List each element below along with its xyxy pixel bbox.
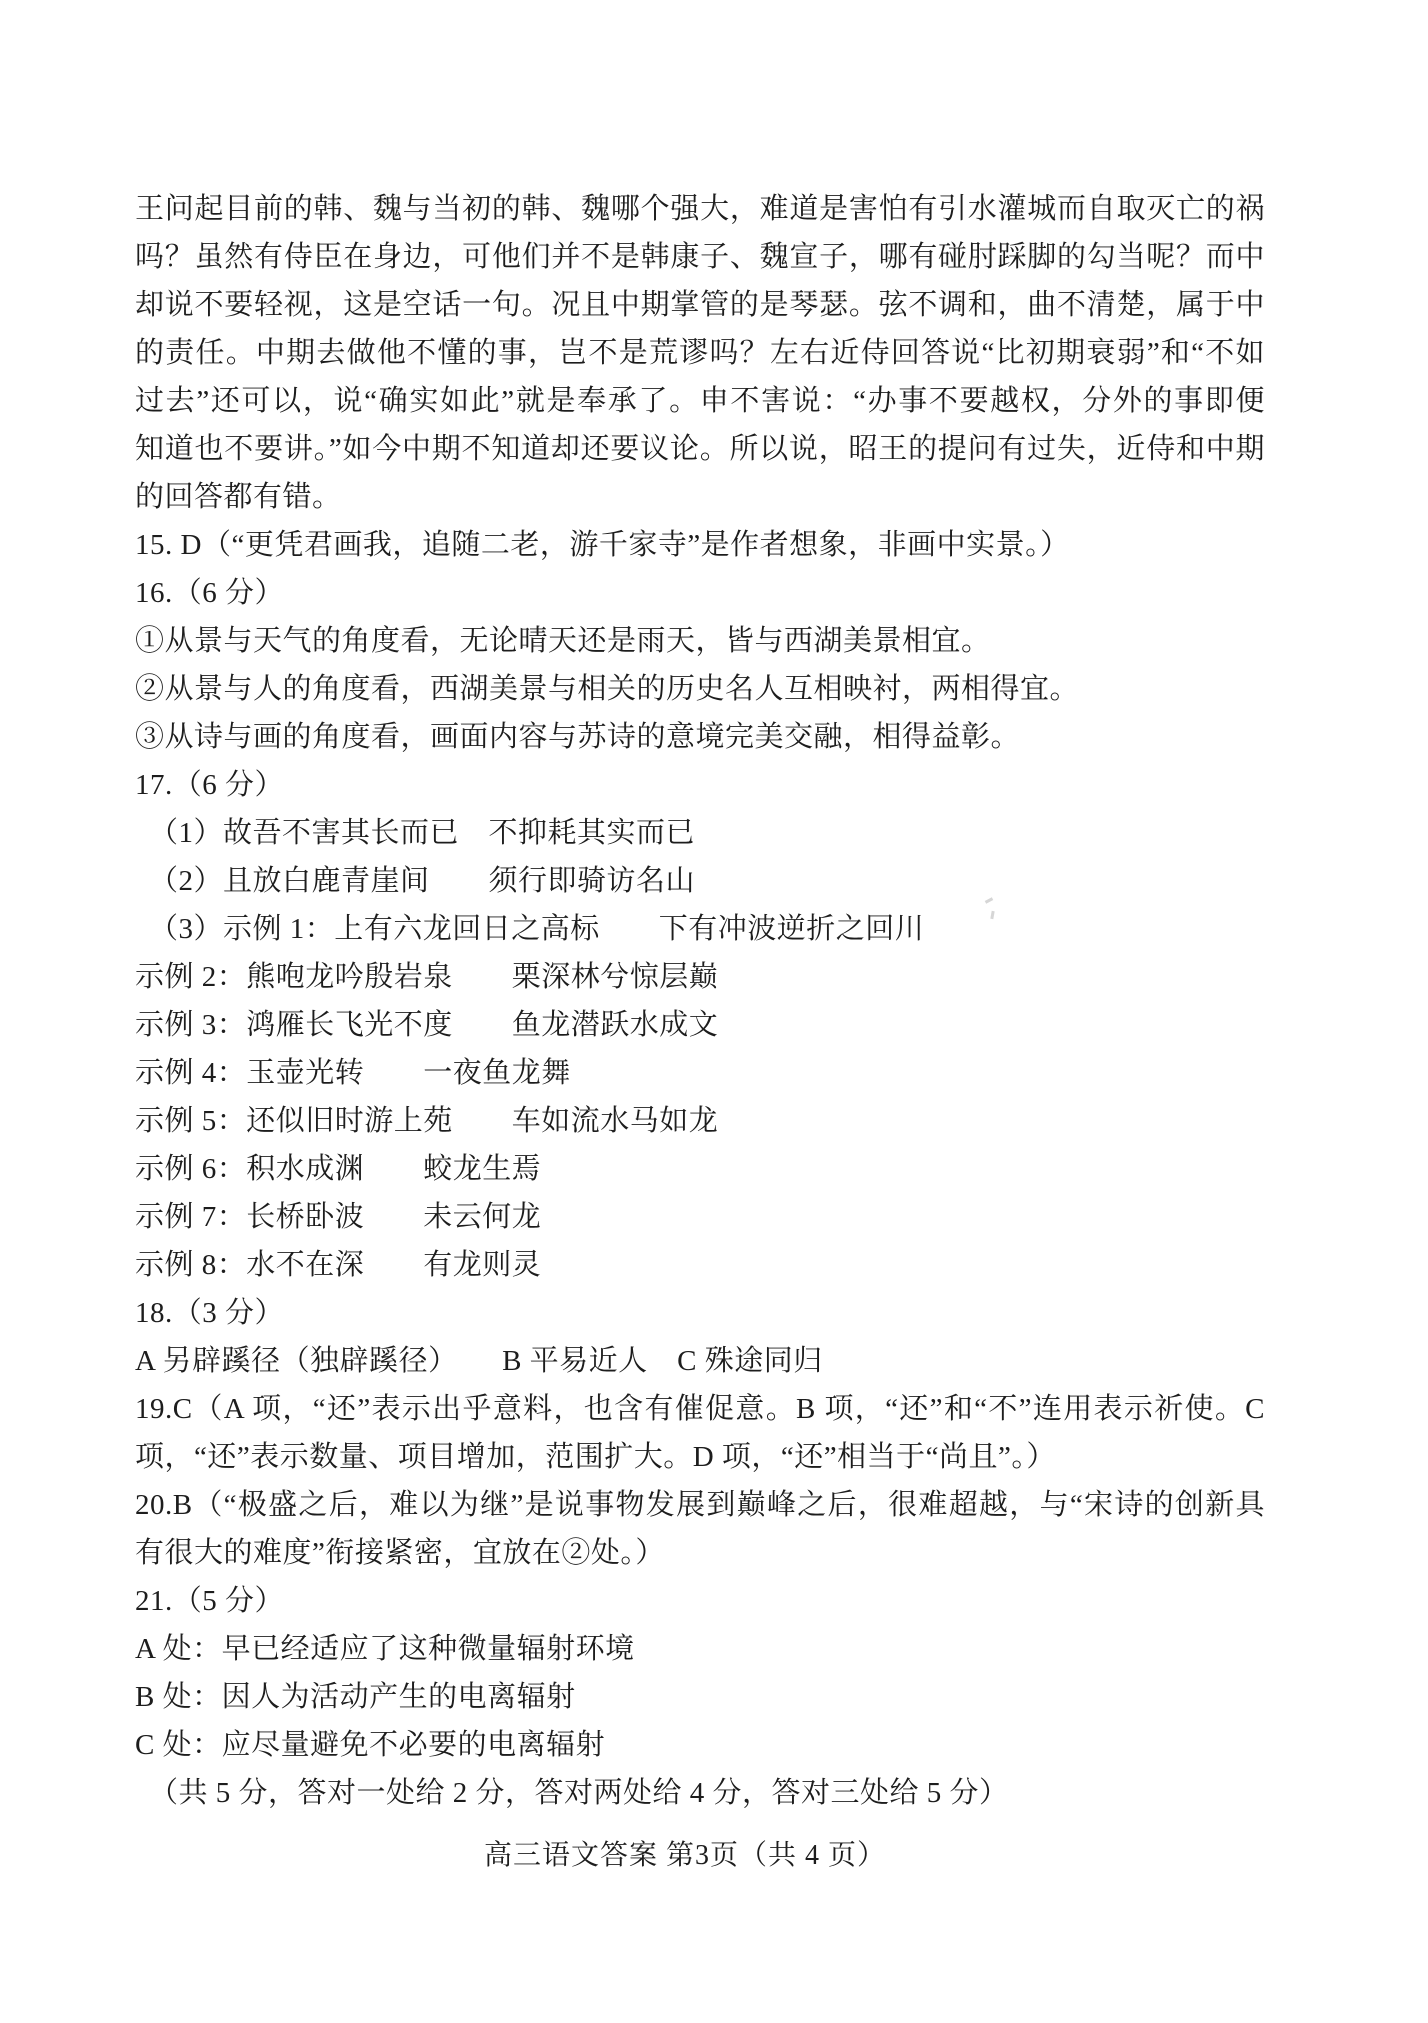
answer-q17-example: 示例 3：鸿雁长飞光不度 鱼龙潜跃水成文 <box>135 1001 1265 1049</box>
page-footer: 高三语文答案 第3页（共 4 页） <box>0 1836 1428 1876</box>
answer-q17-item: （1）故吾不害其长而已 不抑耗其实而已 <box>135 809 1265 857</box>
answer-q19-line: 项，“还”表示数量、项目增加，范围扩大。D 项，“还”相当于“尚且”。） <box>135 1433 1265 1481</box>
answer-q17-example: 示例 2：熊咆龙吟殷岩泉 栗深林兮惊层巅 <box>135 953 1265 1001</box>
answer-q19-line: 19.C（A 项，“还”表示出乎意料，也含有催促意。B 项，“还”和“不”连用表… <box>135 1385 1265 1433</box>
answer-q15: 15. D（“更凭君画我，追随二老，游千家寺”是作者想象，非画中实景。） <box>135 521 1265 569</box>
translation-paragraph-line: 却说不要轻视，这是空话一句。况且中期掌管的是琴瑟。弦不调和，曲不清楚，属于中期 <box>135 281 1265 329</box>
answer-q17-example: 示例 8：水不在深 有龙则灵 <box>135 1241 1265 1289</box>
answer-q21-header: 21.（5 分） <box>135 1577 1265 1625</box>
scan-smudge-mark <box>983 897 999 925</box>
answer-q17-example: 示例 7：长桥卧波 未云何龙 <box>135 1193 1265 1241</box>
scanned-answer-page: 王问起目前的韩、魏与当初的韩、魏哪个强大，难道是害怕有引水灌城而自取灭亡的祸患 … <box>0 0 1428 2023</box>
answer-q17-example: 示例 6：积水成渊 蛟龙生焉 <box>135 1145 1265 1193</box>
translation-paragraph-line: 过去”还可以，说“确实如此”就是奉承了。申不害说：“办事不要越权，分外的事即便 <box>135 377 1265 425</box>
answer-q21-blank: A 处：早已经适应了这种微量辐射环境 <box>135 1625 1265 1673</box>
translation-paragraph-line: 吗？虽然有侍臣在身边，可他们并不是韩康子、魏宣子，哪有碰肘踩脚的勾当呢？而中期 <box>135 233 1265 281</box>
answer-q16-point: ②从景与人的角度看，西湖美景与相关的历史名人互相映衬，两相得宜。 <box>135 665 1265 713</box>
answer-q17-header: 17.（6 分） <box>135 761 1265 809</box>
answer-q17-example: 示例 5：还似旧时游上苑 车如流水马如龙 <box>135 1097 1265 1145</box>
answer-q20-line: 20.B（“极盛之后，难以为继”是说事物发展到巅峰之后，很难超越，与“宋诗的创新… <box>135 1481 1265 1529</box>
answer-q16-point: ①从景与天气的角度看，无论晴天还是雨天，皆与西湖美景相宜。 <box>135 617 1265 665</box>
translation-paragraph-line: 的责任。中期去做他不懂的事，岂不是荒谬吗？左右近侍回答说“比初期衰弱”和“不如 <box>135 329 1265 377</box>
answer-q20-line: 有很大的难度”衔接紧密，宜放在②处。） <box>135 1529 1265 1577</box>
answer-q17-item: （3）示例 1：上有六龙回日之高标 下有冲波逆折之回川 <box>135 905 1265 953</box>
answer-q21-scoring-note: （共 5 分，答对一处给 2 分，答对两处给 4 分，答对三处给 5 分） <box>135 1769 1265 1817</box>
answer-q18-header: 18.（3 分） <box>135 1289 1265 1337</box>
answer-q17-example: 示例 4：玉壶光转 一夜鱼龙舞 <box>135 1049 1265 1097</box>
answer-q21-blank: B 处：因人为活动产生的电离辐射 <box>135 1673 1265 1721</box>
answer-q16-header: 16.（6 分） <box>135 569 1265 617</box>
answer-q21-blank: C 处：应尽量避免不必要的电离辐射 <box>135 1721 1265 1769</box>
answer-q17-item: （2）且放白鹿青崖间 须行即骑访名山 <box>135 857 1265 905</box>
answer-body: 王问起目前的韩、魏与当初的韩、魏哪个强大，难道是害怕有引水灌城而自取灭亡的祸患 … <box>135 185 1265 1817</box>
translation-paragraph-line: 王问起目前的韩、魏与当初的韩、魏哪个强大，难道是害怕有引水灌城而自取灭亡的祸患 <box>135 185 1265 233</box>
answer-q16-point: ③从诗与画的角度看，画面内容与苏诗的意境完美交融，相得益彰。 <box>135 713 1265 761</box>
translation-paragraph-line: 知道也不要讲。”如今中期不知道却还要议论。所以说，昭王的提问有过失，近侍和中期 <box>135 425 1265 473</box>
answer-q18-answers: A 另辟蹊径（独辟蹊径） B 平易近人 C 殊途同归 <box>135 1337 1265 1385</box>
translation-paragraph-line: 的回答都有错。 <box>135 473 1265 521</box>
